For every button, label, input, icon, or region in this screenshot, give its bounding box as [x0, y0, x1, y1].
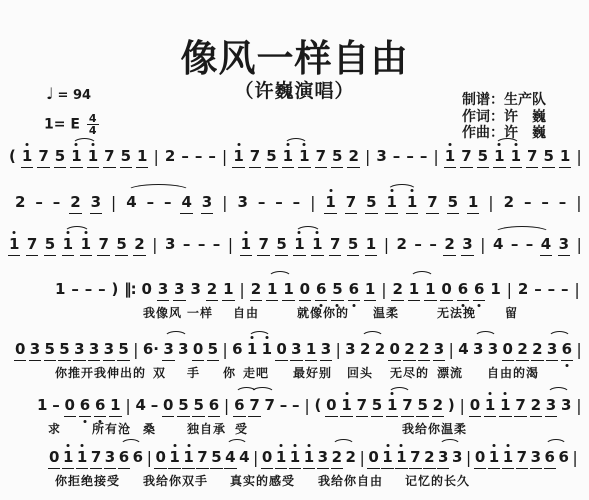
note-token: 7	[97, 236, 109, 256]
dash-token: –	[197, 236, 207, 256]
note-token: 2	[206, 281, 218, 301]
dash-token: –	[52, 194, 62, 214]
note-token: 4	[457, 341, 469, 361]
note-token: 1	[246, 341, 258, 361]
note-token: 5	[120, 148, 132, 168]
lyric-phrase: 我给你自由	[318, 472, 383, 489]
barline: |	[448, 341, 455, 361]
lyric-phrase: 你拒绝接受	[55, 472, 120, 489]
note-token: 7	[401, 397, 413, 417]
octave-dot-high	[84, 231, 87, 234]
note-token: 5	[177, 397, 189, 417]
note-token: 1	[408, 281, 420, 301]
note-token: 3	[189, 281, 201, 301]
note-token: 7	[26, 236, 38, 256]
note-token: 1	[493, 148, 505, 168]
note-token: 3	[29, 341, 41, 361]
slur-arc	[250, 387, 274, 394]
note-token: 1	[8, 236, 20, 256]
dash-token: –	[207, 148, 217, 168]
slur-arc	[388, 387, 411, 394]
octave-dot-high	[91, 143, 94, 146]
slur-arc	[410, 271, 434, 278]
slur-arc	[127, 184, 190, 191]
note-token: 1	[488, 449, 500, 469]
note-token: 3	[317, 449, 329, 469]
note-token: 3	[530, 449, 542, 469]
note-token: 7	[345, 194, 357, 214]
notation-line: 1–0661|4–0556|677––|(01751752)|0117233|求…	[0, 397, 589, 417]
note-token: 2	[14, 194, 26, 214]
barline: |	[221, 194, 228, 214]
note-token: 7	[426, 194, 438, 214]
dash-token: –	[525, 236, 535, 256]
slur-arc	[332, 439, 354, 446]
note-token: 5	[265, 148, 277, 168]
note-token: 6	[473, 281, 485, 301]
note-token: 2	[530, 397, 542, 417]
octave-dot-high	[506, 444, 509, 447]
note-token: 0	[299, 281, 311, 301]
note-token: 1	[62, 449, 74, 469]
lyric-phrase: 我给你温柔	[402, 420, 467, 437]
note-token: 1	[364, 281, 376, 301]
barline: |	[479, 236, 486, 256]
note-token: 3	[433, 341, 445, 361]
note-token: 3	[290, 341, 302, 361]
lyric-phrase: 我给你双手	[143, 472, 208, 489]
parenthesis: )	[110, 281, 119, 301]
note-token: 5	[54, 148, 66, 168]
note-token: 1	[305, 341, 317, 361]
note-token: 1	[303, 449, 315, 469]
note-token: 1	[510, 148, 522, 168]
lyric-phrase: 一样	[187, 304, 213, 321]
note-token: 6	[561, 341, 573, 361]
barline: |	[303, 397, 310, 417]
note-token: 1	[54, 281, 66, 301]
credits-block: 制谱：生产队 作词：许 巍 作曲：许 巍	[462, 92, 546, 142]
note-token: 7	[264, 397, 276, 417]
slur-arc	[474, 331, 497, 338]
note-token: 1	[87, 148, 99, 168]
barline: |	[124, 397, 131, 417]
note-token: 1	[324, 194, 336, 214]
slur-arc	[164, 331, 187, 338]
dash-token: –	[34, 194, 44, 214]
slur-arc	[226, 439, 248, 446]
lyric-phrase: 漂流	[437, 364, 463, 381]
barline: |	[238, 281, 245, 301]
barline: |	[221, 148, 228, 168]
note-token: 2	[345, 449, 357, 469]
note-token: 7	[409, 449, 421, 469]
barline: |	[575, 194, 582, 214]
note-token: 5	[365, 194, 377, 214]
barline: |	[227, 236, 234, 256]
lyrics-row: 你推开我伸出的双手你走吧最好别回头无尽的漂流自由的渴	[0, 364, 589, 380]
barline: |	[465, 449, 472, 469]
barline: |	[571, 449, 578, 469]
note-token: 0	[440, 281, 452, 301]
lyric-phrase: 受	[235, 420, 248, 437]
note-token: 3	[451, 449, 463, 469]
note-token: 3	[104, 449, 116, 469]
note-token: 1	[136, 148, 148, 168]
credit-arranger: 制谱：生产队	[462, 92, 546, 109]
lyric-phrase: 温柔	[373, 304, 399, 321]
dash-token: –	[150, 397, 160, 417]
note-token: 1	[365, 236, 377, 256]
dash-token: –	[163, 194, 173, 214]
octave-dot-high	[329, 189, 332, 192]
note-token: 1	[502, 449, 514, 469]
note-token: 1	[484, 397, 496, 417]
note-token: 2	[133, 236, 145, 256]
notation-line: 0117366|0117544|0111322|0117233|0117366|…	[0, 449, 589, 469]
lyric-phrase: 我像风	[143, 304, 182, 321]
note-token: 2	[250, 281, 262, 301]
note-token: 4	[238, 449, 250, 469]
lyrics-row: 求所有沧桑独自承受我给你温柔	[0, 420, 589, 436]
dash-token: –	[547, 281, 557, 301]
note-token: 7	[37, 148, 49, 168]
lyric-phrase: 无法挽	[437, 304, 476, 321]
slur-arc	[361, 331, 384, 338]
dash-token: –	[392, 148, 402, 168]
dash-token: –	[405, 148, 415, 168]
note-token: 1	[36, 397, 48, 417]
note-token: 1	[293, 236, 305, 256]
note-token: 1	[222, 281, 234, 301]
note-token: 1	[232, 148, 244, 168]
barline: |	[432, 148, 439, 168]
parenthesis: )	[447, 397, 456, 417]
lyric-phrase: 真实的感受	[230, 472, 295, 489]
note-token: 4	[540, 236, 552, 256]
note-token: 2	[418, 341, 430, 361]
barline: |	[364, 148, 371, 168]
barline: |	[573, 281, 580, 301]
note-token: 0	[275, 341, 287, 361]
note-token: 1	[381, 449, 393, 469]
barline: |	[153, 148, 160, 168]
note-token: 6	[348, 281, 360, 301]
note-token: 1	[21, 148, 33, 168]
note-token: 6·	[142, 341, 160, 361]
note-token: 2	[69, 194, 81, 214]
dash-token: –	[523, 194, 533, 214]
note-token: 3	[472, 341, 484, 361]
note-token: 6	[233, 397, 245, 417]
note-token: 2	[423, 449, 435, 469]
note-token: 7	[257, 236, 269, 256]
barline: |	[383, 236, 390, 256]
lyric-phrase: 桑	[143, 420, 156, 437]
note-token: 5	[447, 194, 459, 214]
tempo-marking: ♩= 94	[46, 84, 91, 103]
note-token: 7	[460, 148, 472, 168]
note-token: 7	[103, 148, 115, 168]
notation-line: (17511751|2–––|17511752|3–––|17511751|	[0, 148, 589, 168]
note-token: 6	[557, 449, 569, 469]
dash-token: –	[274, 194, 284, 214]
note-token: 1	[282, 281, 294, 301]
lyric-phrase: 求	[48, 420, 61, 437]
barline: |	[132, 341, 139, 361]
song-title: 像风一样自由	[0, 28, 589, 82]
note-token: 3	[201, 194, 213, 214]
note-token: 3	[344, 341, 356, 361]
note-token: 0	[261, 449, 273, 469]
note-token: 0	[48, 449, 60, 469]
octave-dot-high	[492, 444, 495, 447]
dash-token: –	[84, 281, 94, 301]
repeat-open-sign: ‖:	[123, 281, 137, 301]
time-signature: 44	[87, 113, 99, 136]
note-token: 5	[347, 236, 359, 256]
note-token: 5	[44, 341, 56, 361]
notes-row: 1–––)‖:033321|21106561|2110661|2–––|	[54, 281, 581, 301]
slur-arc	[547, 387, 570, 394]
octave-dot-high	[265, 336, 268, 339]
note-token: 1	[266, 281, 278, 301]
octave-dot-high	[448, 143, 451, 146]
note-token: 7	[356, 397, 368, 417]
barline: |	[459, 397, 466, 417]
octave-dot-high	[81, 444, 84, 447]
note-token: 2	[443, 236, 455, 256]
octave-dot-high	[307, 444, 310, 447]
note-token: 1	[62, 236, 74, 256]
note-token: 1	[499, 397, 511, 417]
note-token: 6	[544, 449, 556, 469]
note-token: 4	[125, 194, 137, 214]
note-token: 1	[559, 148, 571, 168]
lyric-phrase: 最好别	[293, 364, 332, 381]
note-token: 3	[90, 194, 102, 214]
note-token: 1	[240, 236, 252, 256]
note-token: 2	[517, 281, 529, 301]
dash-token: –	[419, 148, 429, 168]
barline: |	[487, 194, 494, 214]
note-token: 6	[132, 449, 144, 469]
note-token: 1	[182, 449, 194, 469]
time-denominator: 4	[87, 125, 99, 136]
octave-dot-high	[13, 231, 16, 234]
note-token: 5	[58, 341, 70, 361]
note-token: 2	[503, 194, 515, 214]
note-token: 3	[320, 341, 332, 361]
note-token: 1	[298, 148, 310, 168]
dash-token: –	[257, 194, 267, 214]
note-token: 1	[395, 449, 407, 469]
parenthesis: (	[313, 397, 322, 417]
octave-dot-high	[173, 444, 176, 447]
notation-line: 1–––)‖:033321|21106561|2110661|2–––|我像风一…	[0, 281, 589, 301]
quarter-note-icon: ♩	[46, 84, 54, 103]
lyric-phrase: 就像你的	[297, 304, 349, 321]
note-token: 5	[192, 397, 204, 417]
dash-token: –	[182, 236, 192, 256]
slur-arc	[548, 331, 571, 338]
note-token: 0	[64, 397, 76, 417]
dash-token: –	[180, 148, 190, 168]
barline: |	[576, 236, 583, 256]
lyrics-row: 我像风一样自由就像你的温柔无法挽留	[0, 304, 589, 320]
note-token: 1	[489, 281, 501, 301]
barline: |	[380, 281, 387, 301]
note-token: 5	[275, 236, 287, 256]
note-token: 1	[424, 281, 436, 301]
note-token: 6	[208, 397, 220, 417]
note-token: 1	[109, 397, 121, 417]
tempo-value: = 94	[58, 88, 92, 103]
note-token: 5	[117, 341, 129, 361]
barline: |	[110, 194, 117, 214]
notation-line: 17511752|3–––|17511751|2––23|4––43|	[0, 236, 589, 256]
note-token: 3	[558, 236, 570, 256]
note-token: 4	[135, 397, 147, 417]
lyric-phrase: 无尽的	[390, 364, 429, 381]
note-token: 3	[103, 341, 115, 361]
key-text: 1= E	[44, 117, 80, 133]
note-token: 3	[73, 341, 85, 361]
dash-token: –	[212, 236, 222, 256]
note-token: 1	[340, 397, 352, 417]
note-token: 6	[457, 281, 469, 301]
credit-lyricist: 作词：许 巍	[462, 109, 546, 126]
note-token: 0	[14, 341, 26, 361]
note-token: 0	[141, 281, 153, 301]
note-token: 3	[487, 341, 499, 361]
dash-token: –	[194, 148, 204, 168]
note-token: 3	[375, 148, 387, 168]
note-token: 5	[331, 148, 343, 168]
octave-dot-high	[303, 143, 306, 146]
note-token: 1	[80, 236, 92, 256]
dash-token: –	[428, 236, 438, 256]
dash-token: –	[279, 397, 289, 417]
note-token: 7	[526, 148, 538, 168]
dash-token: –	[51, 397, 61, 417]
lyric-phrase: 手	[187, 364, 200, 381]
note-token: 2	[403, 341, 415, 361]
lyrics-row: 你拒绝接受我给你双手真实的感受我给你自由记忆的长久	[0, 472, 589, 488]
note-token: 2	[347, 148, 359, 168]
dash-token: –	[540, 194, 550, 214]
note-token: 1	[261, 341, 273, 361]
lyric-phrase: 记忆的长久	[405, 472, 470, 489]
note-token: 2	[516, 341, 528, 361]
barline: |	[575, 397, 582, 417]
note-token: 5	[331, 281, 343, 301]
lyric-phrase: 自由	[233, 304, 259, 321]
octave-dot-high	[67, 444, 70, 447]
barline: |	[309, 194, 316, 214]
note-token: 6	[79, 397, 91, 417]
notation-line: 03553335|6·3305|6110313|3220223|43302236…	[0, 341, 589, 361]
note-token: 1	[76, 449, 88, 469]
note-token: 1	[467, 194, 479, 214]
dash-token: –	[146, 194, 156, 214]
note-token: 7	[90, 449, 102, 469]
dash-token: –	[533, 281, 543, 301]
octave-dot-high	[514, 143, 517, 146]
note-token: 3	[546, 341, 558, 361]
octave-dot-high	[489, 392, 492, 395]
barline: |	[358, 449, 365, 469]
note-token: 2	[391, 281, 403, 301]
slur-arc	[268, 271, 292, 278]
note-token: 7	[516, 449, 528, 469]
octave-dot-high	[411, 189, 414, 192]
slur-arc	[439, 439, 461, 446]
note-token: 1	[168, 449, 180, 469]
note-token: 7	[315, 148, 327, 168]
note-token: 4	[180, 194, 192, 214]
note-token: 5	[477, 148, 489, 168]
dash-token: –	[560, 281, 570, 301]
note-token: 1	[311, 236, 323, 256]
barline: |	[221, 341, 228, 361]
slur-arc	[494, 226, 550, 233]
note-token: 3	[560, 397, 572, 417]
octave-dot-high	[400, 444, 403, 447]
lyric-phrase: 你	[223, 364, 236, 381]
octave-dot-high	[26, 143, 29, 146]
notes-row: 2––23|4––43|3–––|17511751|2–––|	[14, 194, 583, 214]
note-token: 1	[275, 449, 287, 469]
octave-dot-high	[187, 444, 190, 447]
note-token: 0	[469, 397, 481, 417]
note-token: 0	[325, 397, 337, 417]
barline: |	[146, 449, 153, 469]
note-token: 6	[315, 281, 327, 301]
note-token: 3	[177, 341, 189, 361]
octave-dot-high	[294, 444, 297, 447]
note-token: 0	[192, 341, 204, 361]
parenthesis: (	[8, 148, 17, 168]
note-token: 5	[115, 236, 127, 256]
dash-token: –	[291, 397, 301, 417]
note-token: 1	[385, 194, 397, 214]
note-token: 5	[542, 148, 554, 168]
note-token: 0	[154, 449, 166, 469]
note-token: 3	[236, 194, 248, 214]
barline: |	[575, 341, 582, 361]
octave-dot-high	[316, 231, 319, 234]
octave-dot-high	[386, 444, 389, 447]
note-token: 2	[531, 341, 543, 361]
note-token: 0	[367, 449, 379, 469]
note-token: 6	[231, 341, 243, 361]
note-token: 5	[210, 449, 222, 469]
note-token: 0	[502, 341, 514, 361]
barline: |	[575, 148, 582, 168]
dash-token: –	[97, 281, 107, 301]
note-token: 7	[514, 397, 526, 417]
lyric-phrase: 自由的渴	[487, 364, 539, 381]
dash-token: –	[510, 236, 520, 256]
slur-arc	[545, 439, 566, 446]
note-token: 3	[461, 236, 473, 256]
note-token: 3	[545, 397, 557, 417]
note-token: 3	[157, 281, 169, 301]
note-token: 1	[444, 148, 456, 168]
lyric-phrase: 所有沧	[92, 420, 131, 437]
lyric-phrase: 双	[153, 364, 166, 381]
